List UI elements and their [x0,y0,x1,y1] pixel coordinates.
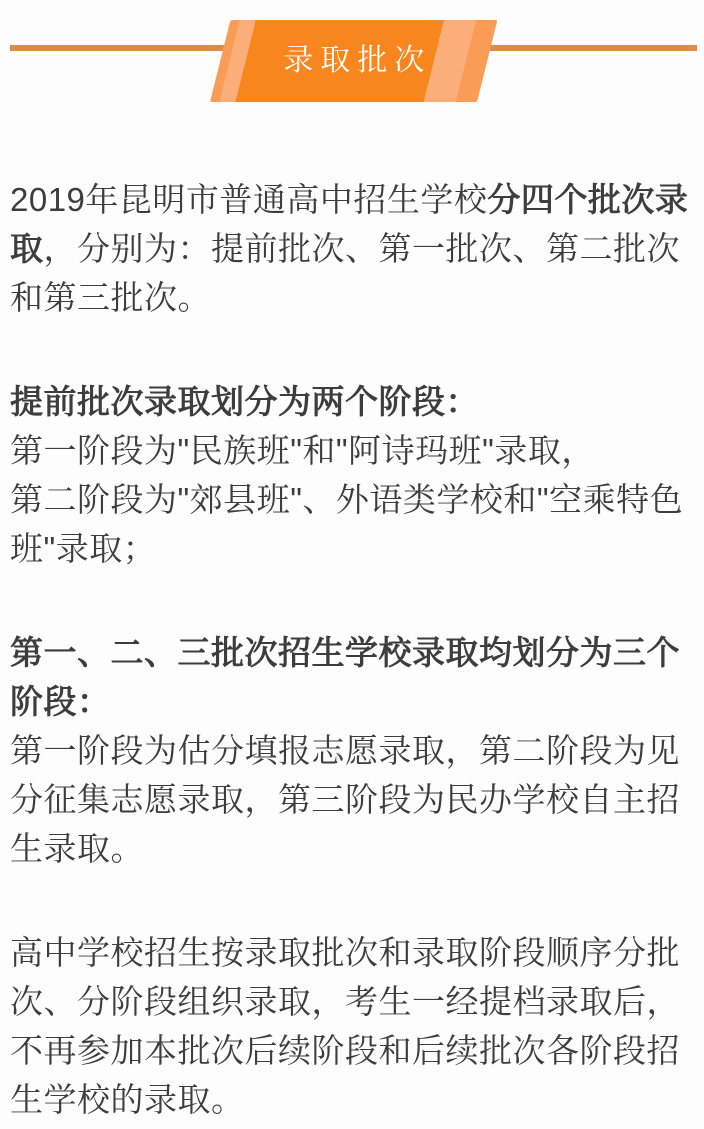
paragraph-intro: 2019年昆明市普通高中招生学校分四个批次录取，分别为：提前批次、第一批次、第二… [10,175,694,322]
text-run-bold: 第一、二、三批次招生学校录取均划分为三个阶段： [10,634,680,720]
text-run: 第一阶段为"民族班"和"阿诗玛班"录取， [10,432,595,469]
banner-section: 录取批次 [0,0,704,103]
text-run: 第一阶段为估分填报志愿录取，第二阶段为见分征集志愿录取，第三阶段为民办学校自主招… [10,732,680,867]
article-body: 2019年昆明市普通高中招生学校分四个批次录取，分别为：提前批次、第一批次、第二… [0,175,704,1124]
paragraph-three-batches: 第一、二、三批次招生学校录取均划分为三个阶段：第一阶段为估分填报志愿录取，第二阶… [10,628,694,873]
text-run: 2019年昆明市普通高中招生学校 [10,181,487,218]
text-run-bold: 提前批次录取划分为两个阶段： [10,383,479,420]
banner-ribbon: 录取批次 [210,20,497,102]
text-run: 高中学校招生按录取批次和录取阶段顺序分批次、分阶段组织录取，考生一经提档录取后，… [10,934,680,1118]
page-title: 录取批次 [220,20,487,102]
paragraph-advance-batch: 提前批次录取划分为两个阶段：第一阶段为"民族班"和"阿诗玛班"录取，第二阶段为"… [10,377,694,573]
text-run: 第二阶段为"郊县班"、外语类学校和"空乘特色班"录取； [10,481,683,567]
text-run: ，分别为：提前批次、第一批次、第二批次和第三批次。 [10,230,680,316]
paragraph-order-rule: 高中学校招生按录取批次和录取阶段顺序分批次、分阶段组织录取，考生一经提档录取后，… [10,928,694,1124]
